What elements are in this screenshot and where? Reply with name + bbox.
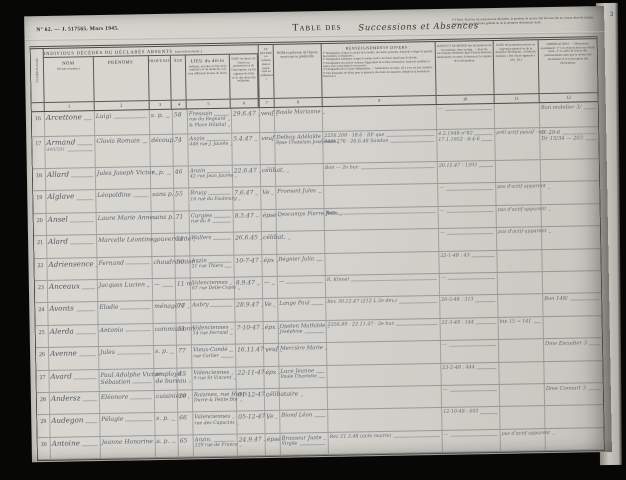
cell-nom: Ansel [47, 213, 97, 235]
cell-obs: Bon mobilier 3/ [540, 102, 598, 127]
cell-no: 22 [34, 259, 47, 281]
cell-nom: Alerda [49, 325, 99, 347]
cell-date: 5.4.47 [232, 133, 261, 164]
cell-obs [541, 159, 599, 181]
nota-footnote: (*) Nota. Pour les successions non décla… [452, 15, 594, 26]
cell-obs: Dme Escudier 3 [544, 338, 602, 360]
cell-date: 22.6.47 [233, 165, 261, 187]
document-page: N° 62. — J. 517565. Mars 1945. Table des… [24, 6, 612, 462]
cell-no: 25 [36, 326, 49, 348]
cell-prenoms: Elodie [98, 301, 153, 323]
col-header-prenoms: PRÉNOMS 2 [94, 56, 150, 110]
cell-age: 46 [174, 166, 189, 188]
cell-datesno: — [441, 340, 499, 362]
cell-obs [542, 249, 600, 271]
cell-epoux: Opsten MathildeJoséphine [279, 321, 327, 343]
cell-age: 20 [178, 390, 193, 412]
cell-epoux: Brasseur JusteVirgile [281, 433, 329, 455]
cell-rens: R. Kinnel [326, 274, 440, 297]
cell-datesno: — [438, 183, 496, 205]
cell-rens: Rec 30.12.47 (212 L 2e dev.) [326, 296, 440, 319]
cell-nom: Avonts [48, 302, 98, 324]
cell-rens [327, 363, 441, 386]
cell-nom: Audegon [50, 414, 100, 436]
col-header-date-recette: DATE de la mention inscrite au répertoir… [494, 40, 540, 103]
cell-epoux: Descamps Pierre Jean [277, 209, 325, 231]
cell-lieu: Aubry [191, 300, 235, 322]
col-header-profession: PROFESSION 3 [148, 56, 172, 109]
table-header: NUMÉROS d'ordre INDIVIDUS DÉCÉDÉS OU DÉC… [31, 39, 598, 112]
cell-epoux: Luce JeannePaule Charlotte [279, 365, 327, 387]
cell-prenoms: Marcelle Léontine [97, 234, 152, 256]
cell-lieu: Raismes, rue HenriDurre & Petite Bte [193, 390, 237, 412]
cell-prof: sans p. [151, 189, 174, 211]
cell-no: 19 [33, 191, 46, 213]
cell-daterec: pas d'actif apparent [497, 227, 542, 249]
cell-daterec: pas d'actif apparent [501, 429, 546, 451]
cell-rens [328, 408, 442, 431]
cell-age: 65 [179, 435, 194, 457]
cell-date: 26.6.45 [234, 232, 262, 254]
cell-daterec: pas d'actif apparent [496, 183, 541, 205]
cell-daterec [498, 272, 543, 294]
cell-prenoms: Jacques Lucien [98, 279, 153, 301]
cell-rens: Rec 21.3.48 (acte mairie) [329, 431, 443, 454]
cell-daterec [500, 384, 545, 406]
cell-date: 29.6.47 [232, 108, 260, 132]
col-group-individus: INDIVIDUS DÉCÉDÉS OU DÉCLARÉS ABSENTS (a… [44, 45, 260, 111]
group-title: INDIVIDUS DÉCÉDÉS OU DÉCLARÉS ABSENTS [44, 49, 173, 56]
cell-rens [328, 386, 442, 409]
cell-age: 45 [177, 368, 192, 390]
cell-etat: — [263, 277, 278, 299]
cell-age: 58 [173, 109, 188, 133]
cell-datesno: 12-10-48 : 603 [442, 407, 500, 429]
cell-epoux: Delhay Adélaïdeépse Chatelain Joséphine [275, 132, 324, 164]
cell-age: 71 [175, 211, 190, 233]
cell-age: 66 [178, 413, 193, 435]
cell-etat: célibat. [262, 232, 277, 254]
cell-date: 8.9.47 [235, 277, 263, 299]
cell-datesno: — [437, 104, 495, 129]
cell-prof: découp. [150, 135, 174, 166]
cell-rens: Bon [325, 207, 439, 230]
cell-daterec [497, 250, 542, 272]
cell-epoux [276, 164, 324, 186]
succession-table: NUMÉROS d'ordre INDIVIDUS DÉCÉDÉS OU DÉC… [30, 36, 605, 461]
cell-prenoms: Jeanne Honorine [101, 436, 156, 458]
cell-nom: Armand448/581 [45, 136, 96, 168]
cell-date: 22-11-47 [236, 367, 264, 389]
cell-daterec [495, 103, 540, 128]
cell-no: 23 [35, 281, 48, 303]
cell-lieu: Bruay16 rue du Faubourg [189, 188, 233, 210]
cell-daterec [496, 160, 541, 182]
cell-daterec [499, 339, 544, 361]
cell-prenoms: Pélagie [100, 413, 155, 435]
cell-obs [544, 316, 602, 338]
cell-prof: gouvernante [152, 234, 175, 256]
cell-etat: veuf [264, 344, 279, 366]
form-reference: N° 62. — J. 517565. Mars 1945. [36, 26, 119, 33]
cell-nom: Alard [47, 235, 97, 257]
cell-lieu: Wallers [190, 233, 234, 255]
cell-etat: épx [264, 366, 279, 388]
cell-lieu: Vieux-Condérue Carlier [192, 345, 236, 367]
cell-no: 27 [36, 370, 49, 392]
cell-epoux: Blond Léon [280, 410, 328, 432]
cell-etat: épse [266, 434, 281, 456]
cell-age: 74 [173, 134, 189, 165]
cell-lieu: Valenciennes9 rue St Vincent [192, 367, 236, 389]
cell-age: 77 [177, 346, 192, 368]
cell-obs [544, 361, 602, 383]
cell-etat: veuf [260, 133, 276, 164]
cell-obs [545, 405, 603, 427]
cell-date: 05-12-47 [237, 411, 265, 433]
cell-obs [541, 182, 599, 204]
cell-no: 16 [32, 112, 45, 136]
cell-epoux: — [278, 276, 326, 298]
cell-prof: cuisinière [155, 391, 178, 413]
cell-prenoms: Léopoldine [96, 189, 151, 211]
cell-nom: Avard [49, 370, 99, 392]
cell-datesno: 20-5-48 : 313 [440, 295, 498, 317]
cell-epoux [277, 231, 325, 253]
cell-age: 51 [175, 234, 190, 256]
cell-epoux: Lange Paul [278, 298, 326, 320]
cell-obs [542, 226, 600, 248]
cell-etat: célibataire [265, 389, 280, 411]
cell-lieu: Anzin21 rue Thiers [190, 255, 234, 277]
cell-prof: chaudronnier [152, 256, 175, 278]
col-header-renseignements: RENSEIGNEMENTS DIVERS : 1° Désignation, … [322, 42, 437, 106]
col-header-etat-civil: LE DÉCÉDÉ ou l'absent était-il marié, ve… [259, 45, 275, 107]
cell-rens: 2256.208 · 18.6 · RP que449h276 · 26.6.4… [323, 130, 438, 163]
cell-epoux: Froment Jules [276, 186, 324, 208]
cell-no: 24 [35, 303, 48, 325]
cell-daterec [499, 362, 544, 384]
cell-nom: Andersz [50, 392, 100, 414]
cell-prof: s. p. [156, 435, 179, 457]
cell-nom: Adriensence [47, 258, 97, 280]
col-header-date-deces: DATE du décès, de l'envoi en possession … [230, 54, 259, 107]
cell-prenoms: Jules [99, 346, 154, 368]
cell-prof: s. p. [151, 167, 174, 189]
cell-age: 11 m. [176, 278, 191, 300]
cell-nom: Antoine [51, 437, 101, 459]
cell-date: 7.6.47 [233, 188, 261, 210]
cell-lieu: Anzin42 rue Jean Jaurès [189, 166, 233, 188]
cell-nom: Allard [46, 168, 96, 190]
cell-datesno: — [439, 206, 497, 228]
cell-no: 21 [34, 236, 47, 258]
cell-datesno: 22-1-48 : 43 [439, 251, 497, 273]
cell-date: 16.11.47 [236, 344, 264, 366]
cell-no: 17 [32, 137, 46, 168]
cell-obs [546, 428, 604, 450]
cell-date: 28.9.47 [235, 299, 263, 321]
cell-daterec: bte 15 → 141 [499, 317, 544, 339]
cell-prenoms: Eléonore [100, 391, 155, 413]
cell-datesno: — [439, 228, 497, 250]
cell-obs [543, 271, 601, 293]
cell-prenoms: Jules Joseph Victor [96, 167, 151, 189]
cell-prenoms: Fernand [97, 257, 152, 279]
cell-lieu: Fressainrue du Regnard& Place Hôpital [188, 109, 232, 134]
cell-datesno: — [443, 430, 501, 452]
cell-date: 10-7-47 [234, 255, 262, 277]
cell-no: 18 [33, 169, 46, 191]
cell-lieu: Valenciennesrue des Capucins [193, 412, 237, 434]
cell-prof: s. p. [154, 346, 177, 368]
cell-lieu: Valenciennes67 rue Delle-Copin [191, 278, 235, 300]
cell-obs: Bon 148/ [543, 293, 601, 315]
cell-daterec: prél actif passif · acc [495, 128, 541, 160]
cell-epoux: Régnier Julia [277, 254, 325, 276]
cell-age: 50 [175, 256, 190, 278]
cell-etat: veuf [260, 108, 275, 132]
cell-etat: Ve [261, 187, 276, 209]
cell-lieu: Valenciennes14 rue Ferrand [192, 322, 236, 344]
cell-obs [542, 204, 600, 226]
cell-etat: Ve [263, 299, 278, 321]
cell-rens [323, 105, 437, 131]
cell-etat: épx [264, 322, 279, 344]
cell-etat: célibat. [261, 165, 276, 187]
col-header-numero: NUMÉROS d'ordre [31, 49, 45, 111]
cell-date: 24.9.47 [238, 434, 266, 456]
cell-daterec: pas d'actif apparent [497, 205, 542, 227]
cell-prof: sans p. [152, 211, 175, 233]
cell-nom: Arcettone [45, 111, 95, 136]
group-subtitle: (arrondissement.) [175, 49, 202, 53]
cell-etat: Ve [265, 411, 280, 433]
cell-epoux: Mercière Marie [279, 343, 327, 365]
cell-prenoms: Paul Adolphe VictorSébastien [99, 369, 154, 391]
cell-age: 77 [176, 301, 191, 323]
cell-obs: D. 29-6Dr 15/34 — 203 [540, 127, 599, 159]
cell-datesno: 20.12.47 : 1393 [438, 161, 496, 183]
col-header-dates-numeros: DATES ET NUMÉROS des déclarations de suc… [436, 41, 495, 104]
cell-prof: s. p. [155, 413, 178, 435]
cell-rens: Bon — 2e bur. [324, 162, 438, 185]
cell-prof: employéde bureau [154, 368, 177, 390]
page-title: Table des [292, 22, 341, 34]
cell-epoux [280, 388, 328, 410]
cell-no: 20 [34, 214, 47, 236]
cell-datesno: — [440, 273, 498, 295]
cell-no: 29 [37, 415, 50, 437]
cell-epoux: Basile Marianne [275, 107, 323, 132]
page-number: 3 [610, 11, 613, 18]
cell-date: 01-12-47 [237, 389, 265, 411]
cell-no: 28 [37, 393, 50, 415]
cell-rens [325, 252, 439, 275]
cell-nom: Avenne [49, 347, 99, 369]
cell-prenoms: Laure Marie Anne [97, 212, 152, 234]
cell-rens [327, 341, 441, 364]
cell-date: 8.5.47 [234, 210, 262, 232]
cell-prof: commissionn. [154, 323, 177, 345]
cell-prof: — [153, 279, 176, 301]
cell-rens [325, 229, 439, 252]
cell-date: 7-10-47 [236, 322, 264, 344]
cell-daterec [498, 294, 543, 316]
cell-obs: Dme Connart 3 [545, 383, 603, 405]
cell-datesno: 23-2-48 : 444 [441, 362, 499, 384]
cell-nom: Anceaux [48, 280, 98, 302]
cell-prof: ménagère [153, 301, 176, 323]
cell-datesno: 4.2.1948 n°8217.1.1952 · 6-4-6 [437, 129, 496, 161]
col-header-age: ÂGE 4 [171, 55, 187, 108]
col-header-observations: OBSERVATIONS. — Mentionner notamment : 1… [539, 39, 598, 102]
cell-prof: s. p. [150, 110, 173, 134]
cell-age: 51 [177, 323, 192, 345]
cell-lieu: Anzin,229 rue de France [194, 434, 238, 456]
cell-etat: épse [262, 210, 277, 232]
cell-datesno: — [442, 385, 500, 407]
cell-datesno: 22-3-48 : 144 [441, 318, 499, 340]
cell-age: 55 [174, 189, 189, 211]
cell-no: 30 [38, 438, 51, 460]
col-header-epoux: NOM et prénoms de l'époux survivant ou p… [274, 44, 323, 107]
cell-prenoms: Clovis Romain [95, 135, 151, 167]
cell-prenoms: Antonio [99, 324, 154, 346]
cell-rens [324, 184, 438, 207]
cell-no: 26 [36, 348, 49, 370]
cell-lieu: Anzin448 rue J. Jaurès [188, 134, 233, 166]
cell-prenoms: Luigi [95, 110, 150, 135]
cell-etat: épx [262, 254, 277, 276]
cell-lieu: Curgiesrue du 8 [190, 210, 234, 232]
table-body: 16ArcettoneLuigis. p.58Fressainrue du Re… [32, 102, 604, 460]
col-header-nom: NOM (Ne pas constater.) 1 [44, 57, 95, 111]
col-header-lieu: LIEU du décès Indiquer, en outre, le lie… [186, 55, 231, 109]
cell-rens: 2256.89 · 22.11.47 · 2e bur. [327, 319, 441, 342]
cell-nom: Alglave [46, 190, 96, 212]
cell-daterec [500, 406, 545, 428]
